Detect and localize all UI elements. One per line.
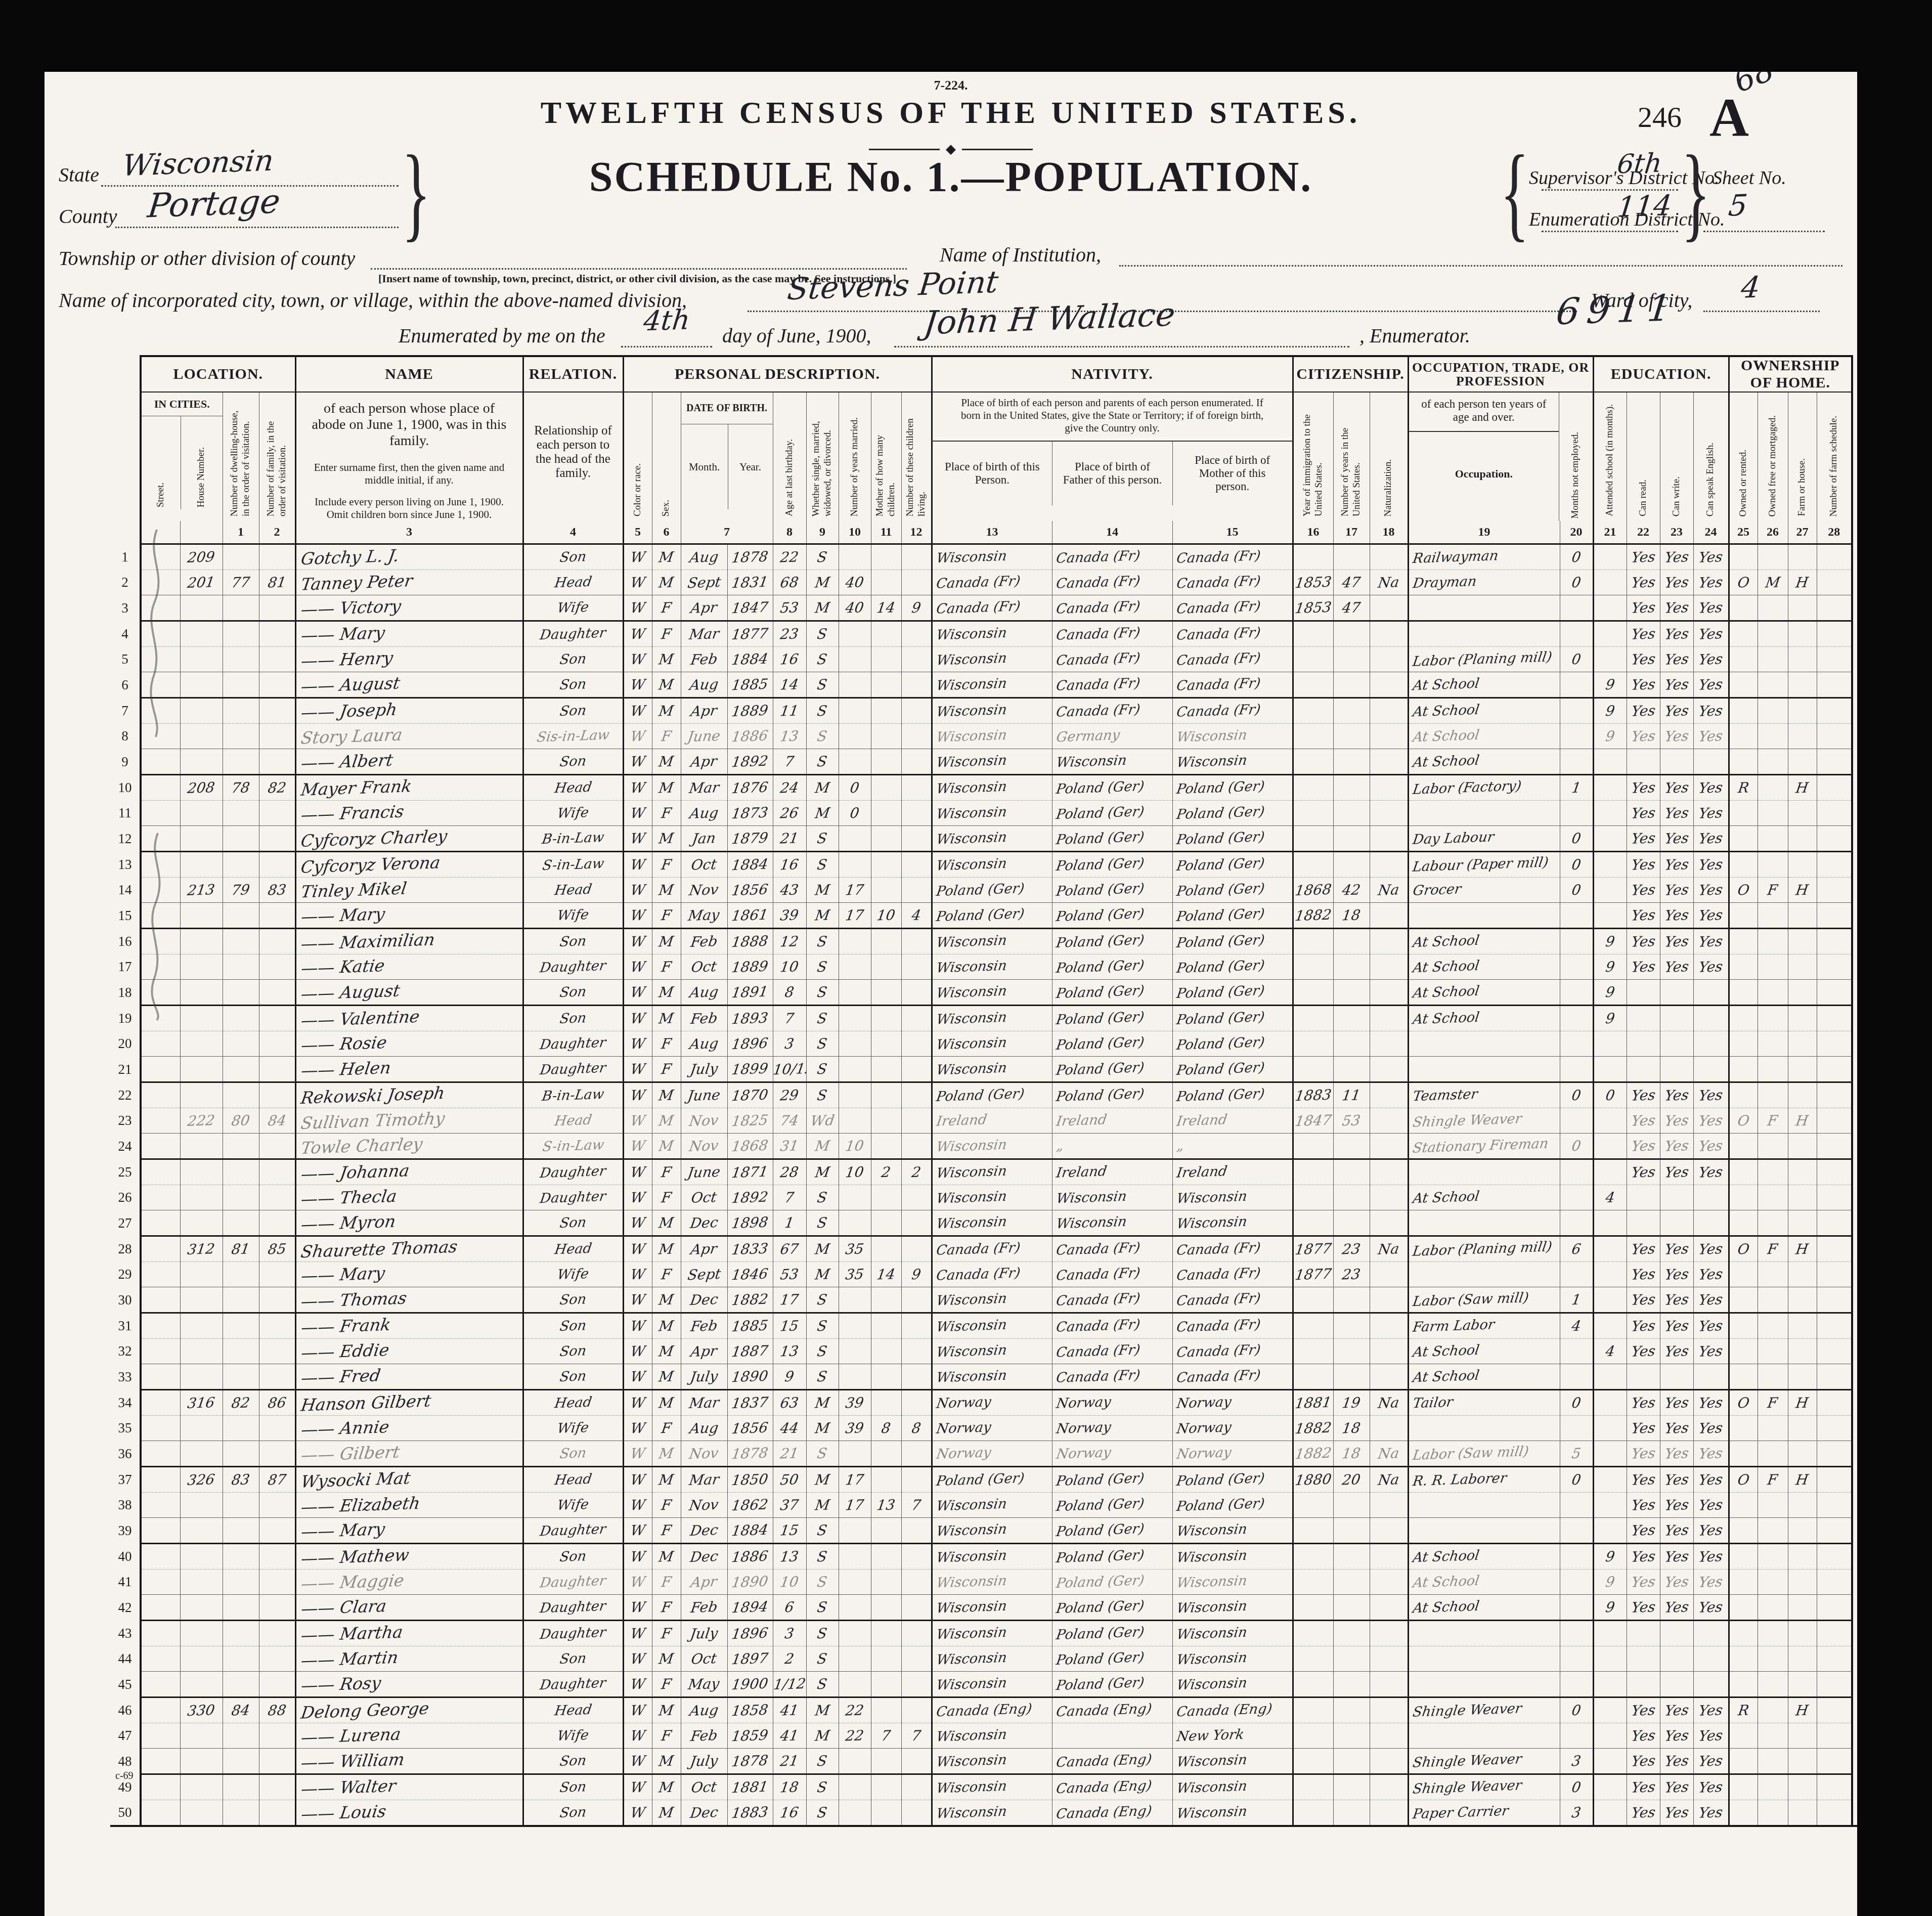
cell-wr: Yes (1660, 1595, 1693, 1621)
cell-pb: Poland (Ger) (932, 878, 1052, 903)
cell-mo: Dec (681, 1210, 727, 1236)
span-element: W (629, 1010, 646, 1027)
span-element: Yes (1698, 1727, 1724, 1745)
span-element: Number of years married. (849, 415, 861, 518)
cell-fam (259, 903, 295, 929)
cell-yus (1333, 1723, 1370, 1749)
cell-name: Story Laura (295, 724, 523, 749)
cell-name: —— Francis (295, 801, 523, 826)
span-element: Wisconsin (935, 958, 1008, 976)
td-element: 4 (523, 521, 623, 544)
cell-fam (259, 647, 295, 672)
sheet-line (1703, 231, 1825, 232)
span-element: 209 (187, 548, 216, 566)
span-element: 39 (845, 1419, 865, 1436)
row-number-right: 9 (1852, 749, 1857, 775)
ward-line (1703, 311, 1820, 312)
cell-pbf: Poland (Ger) (1052, 826, 1172, 852)
span-element: Daughter (539, 958, 607, 976)
cell-mch (871, 929, 901, 954)
cell-age: 68 (773, 570, 806, 595)
span-element: —— August (299, 673, 401, 696)
span-element: Yes (1630, 574, 1656, 591)
cell-ym (839, 1518, 871, 1544)
span-element: 1858 (731, 1702, 769, 1719)
cell-nat (1370, 1518, 1408, 1544)
cell-fh (1788, 1006, 1817, 1031)
cell-color: W (623, 1339, 652, 1364)
cell-ym: 10 (839, 1159, 871, 1185)
cell-street (141, 1493, 180, 1518)
row-number-right: 29 (1852, 1262, 1857, 1287)
cell-house (180, 1672, 223, 1697)
cell-ofm: M (1758, 570, 1788, 595)
cell-mch (871, 1646, 901, 1672)
cell-wr (1660, 1621, 1693, 1646)
cell-fs (1817, 595, 1852, 621)
cell-ym (839, 749, 871, 775)
footer-mark: c-69 (115, 1770, 134, 1782)
cell-ym (839, 698, 871, 724)
cell-yr: 1900 (727, 1672, 773, 1697)
span-element: Wife (556, 1727, 590, 1744)
cell-ofm (1758, 1595, 1788, 1621)
cell-rel: Head (523, 1697, 623, 1723)
span-element: M (658, 1214, 675, 1232)
sex-col-label: Sex. (652, 392, 681, 521)
column-number-row: 1234 56789101112 131415 161718 1920 2122… (110, 521, 1857, 544)
row-number-left: 33 (110, 1364, 141, 1390)
family-col-label: Number of family, in the order of visita… (259, 392, 295, 521)
cell-occ: At School (1408, 1570, 1560, 1595)
cell-mo: July (681, 1621, 727, 1646)
span-element: S (816, 1318, 828, 1335)
cell-ofm (1758, 775, 1788, 801)
cell-yr: 1858 (727, 1697, 773, 1723)
cell-fh: H (1788, 1467, 1817, 1493)
span-element: Mar (688, 625, 720, 643)
cell-color: W (623, 621, 652, 647)
cell-pbm: Canada (Fr) (1172, 672, 1293, 698)
span-element: W (629, 626, 646, 643)
cell-clv (901, 929, 932, 954)
cell-wr (1660, 749, 1693, 775)
span-element: Yes (1663, 1752, 1690, 1770)
cell-rel: Daughter (523, 1518, 623, 1544)
cell-pbf: Poland (Ger) (1052, 954, 1172, 980)
cell-pb: Wisconsin (932, 1774, 1052, 1800)
cell-own (1729, 1262, 1758, 1287)
span-element: 1859 (731, 1727, 769, 1745)
row-number-left: 32 (110, 1339, 141, 1364)
span-element: 86 (267, 1394, 287, 1411)
span-element: Na (1377, 881, 1400, 898)
span-element: S (816, 1548, 828, 1565)
span-element: 39 (779, 906, 800, 924)
cell-sch: 9 (1593, 698, 1627, 724)
cell-nat (1370, 954, 1408, 980)
cell-yus: 11 (1333, 1082, 1370, 1108)
span-element: F (660, 599, 672, 617)
cell-fs (1817, 1262, 1852, 1287)
span-element: Wisconsin (935, 1521, 1008, 1540)
township-line (371, 268, 907, 270)
row-number-right: 36 (1852, 1441, 1857, 1467)
span-element: Yes (1698, 1240, 1724, 1258)
cell-fam (259, 1134, 295, 1159)
span-element: Poland (Ger) (1175, 906, 1265, 925)
span-element: 53 (1341, 1112, 1362, 1129)
cell-pbf: Canada (Fr) (1052, 1287, 1172, 1313)
span-element: 88 (267, 1702, 287, 1719)
span-element: Yes (1663, 1240, 1690, 1258)
cell-age: 16 (773, 647, 806, 672)
cell-yus (1333, 1697, 1370, 1723)
cell-color: W (623, 1697, 652, 1723)
span-element: 208 (187, 779, 216, 797)
cell-sex: M (652, 1313, 681, 1339)
cell-house (180, 1134, 223, 1159)
cell-yr: 1884 (727, 647, 773, 672)
person-row: 12Cyfcoryz CharleyB-in-LawWMJan187921SWi… (110, 826, 1857, 852)
cell-mar: S (806, 749, 839, 775)
cell-ofm (1758, 1364, 1788, 1390)
td-element: 10 (839, 521, 871, 544)
cell-street (141, 801, 180, 826)
cell-house (180, 1364, 223, 1390)
cell-clv (901, 1672, 932, 1697)
cell-wr: Yes (1660, 775, 1693, 801)
cell-pbm: Canada (Fr) (1172, 1339, 1293, 1364)
cell-name: Towle Charley (295, 1134, 523, 1159)
cell-sex: F (652, 1723, 681, 1749)
cell-wr: Yes (1660, 1723, 1693, 1749)
span-element: 13 (779, 1342, 800, 1360)
cell-fs (1817, 1287, 1852, 1313)
cell-house (180, 1031, 223, 1057)
span-element: 78 (231, 779, 251, 796)
cell-mch (871, 1185, 901, 1210)
cell-age: 17 (773, 1287, 806, 1313)
cell-pbm: Poland (Ger) (1172, 1082, 1293, 1108)
cell-sch (1593, 1723, 1627, 1749)
span-element: Son (559, 1804, 588, 1821)
span-element: Wisconsin (935, 1035, 1008, 1053)
cell-yus (1333, 724, 1370, 749)
cell-fh (1788, 749, 1817, 775)
cell-sch: 9 (1593, 1595, 1627, 1621)
span-element: 83 (267, 881, 287, 898)
span-element: Wisconsin (935, 779, 1008, 797)
cell-mar: M (806, 1236, 839, 1262)
cell-pbm: Canada (Fr) (1172, 1262, 1293, 1287)
span-element: M (658, 651, 675, 668)
cell-sch (1593, 1800, 1627, 1826)
cell-pbf: Poland (Ger) (1052, 775, 1172, 801)
span-element: —— Johanna (299, 1160, 410, 1184)
row-number-right: 2 (1852, 570, 1857, 595)
cell-wr: Yes (1660, 698, 1693, 724)
cell-street (141, 1800, 180, 1826)
cell-yus (1333, 1134, 1370, 1159)
span-element: Yes (1663, 1112, 1690, 1129)
cell-dw (223, 1646, 259, 1672)
cell-own (1729, 826, 1758, 852)
cell-occ: Labor (Saw mill) (1408, 1287, 1560, 1313)
span-element: Shingle Weaver (1412, 1751, 1523, 1770)
cell-name: —— Fred (295, 1364, 523, 1390)
cell-yr: 1831 (727, 570, 773, 595)
cell-fs (1817, 1441, 1852, 1467)
span-element: F (1767, 1395, 1779, 1412)
cell-mne: 1 (1560, 1287, 1593, 1313)
cell-house (180, 826, 223, 852)
span-element: S (816, 1599, 828, 1616)
cell-clv (901, 672, 932, 698)
cell-clv (901, 749, 932, 775)
cell-wr: Yes (1660, 1416, 1693, 1441)
cell-mne: 0 (1560, 647, 1593, 672)
cell-yr: 1887 (727, 1339, 773, 1364)
cell-name: Delong George (295, 1697, 523, 1723)
span-element: 1850 (731, 1471, 769, 1489)
span-element: Daughter (539, 625, 607, 643)
span-element: S (816, 703, 828, 720)
span-element: New York (1175, 1727, 1245, 1745)
row-number-gutter-right (1852, 356, 1857, 544)
span-element: S (816, 753, 828, 770)
span-element: Norway (935, 1445, 992, 1462)
cell-ofm (1758, 1697, 1788, 1723)
cell-yus: 23 (1333, 1236, 1370, 1262)
cell-house (180, 621, 223, 647)
cell-street (141, 1595, 180, 1621)
cell-rel: Son (523, 647, 623, 672)
row-number-left: 15 (110, 903, 141, 929)
row-number-left: 4 (110, 621, 141, 647)
span-element: 1886 (731, 727, 769, 745)
span-element: 7 (910, 1497, 922, 1514)
cell-yus (1333, 801, 1370, 826)
row-number-right: 23 (1852, 1108, 1857, 1134)
group-citizenship: CITIZENSHIP. (1293, 356, 1408, 392)
span-element: 79 (231, 881, 251, 898)
cell-age: 24 (773, 775, 806, 801)
cell-fh (1788, 826, 1817, 852)
cell-name: —— Lurena (295, 1723, 523, 1749)
span-element: Son (559, 703, 588, 719)
cell-mar: S (806, 929, 839, 954)
cell-fh (1788, 1493, 1817, 1518)
cell-mar: S (806, 1570, 839, 1595)
span-element: Wisconsin (935, 1650, 1008, 1668)
cell-fh (1788, 1621, 1817, 1646)
cell-pb: Wisconsin (932, 1570, 1052, 1595)
cell-pbm: Ireland (1172, 1108, 1293, 1134)
span-element: Yes (1630, 1471, 1656, 1489)
cell-pbf: Germany (1052, 724, 1172, 749)
cell-occ: Teamster (1408, 1082, 1560, 1108)
span-element: Wisconsin (1175, 1804, 1248, 1822)
cell-en (1693, 1210, 1729, 1236)
span-element: 84 (231, 1702, 251, 1719)
cell-mch (871, 1595, 901, 1621)
cell-fam (259, 1082, 295, 1108)
cell-dw: 83 (223, 1467, 259, 1493)
cell-yus (1333, 929, 1370, 954)
cell-own (1729, 1287, 1758, 1313)
cell-en: Yes (1693, 1159, 1729, 1185)
cell-wr (1660, 1031, 1693, 1057)
cell-fs (1817, 544, 1852, 570)
cell-sex: M (652, 544, 681, 570)
cell-street (141, 1082, 180, 1108)
cell-im (1293, 1595, 1333, 1621)
cell-age: 1/12 (773, 1672, 806, 1697)
cell-age: 9 (773, 1364, 806, 1390)
person-row: 24Towle CharleyS-in-LawWMNov186831M10Wis… (110, 1134, 1857, 1159)
row-number-left: 2 (110, 570, 141, 595)
row-number-right: 18 (1852, 980, 1857, 1006)
enumeration-value: 114 (1615, 189, 1673, 224)
cell-own (1729, 724, 1758, 749)
span-element: 1900 (731, 1675, 769, 1693)
cell-rel: Son (523, 544, 623, 570)
cell-ofm (1758, 1134, 1788, 1159)
cell-pb: Wisconsin (932, 1723, 1052, 1749)
span-element: 6 (784, 1599, 796, 1616)
span-element: Son (559, 1368, 588, 1385)
span-element: 14 (876, 599, 897, 616)
cell-occ (1408, 1518, 1560, 1544)
span-element: Yes (1630, 1291, 1656, 1309)
cell-im (1293, 749, 1333, 775)
span-element: H (1795, 574, 1810, 591)
span-element: Yes (1663, 830, 1690, 847)
cell-ym (839, 1441, 871, 1467)
person-row: 45—— RosyDaughterWFMay19001/12SWisconsin… (110, 1672, 1857, 1697)
occupation-col-label: Occupation. (1409, 432, 1559, 481)
row-number-right: 24 (1852, 1134, 1857, 1159)
row-number-right: 5 (1852, 647, 1857, 672)
cell-pbf: Canada (Fr) (1052, 595, 1172, 621)
span-element: F (660, 1497, 672, 1514)
cell-pbm: New York (1172, 1723, 1293, 1749)
row-number-left: 22 (110, 1082, 141, 1108)
cell-name: —— Annie (295, 1416, 523, 1441)
farm-schedule-label: Number of farm schedule. (1817, 392, 1852, 521)
cell-sex: M (652, 1697, 681, 1723)
cell-age: 31 (773, 1134, 806, 1159)
cell-age: 7 (773, 1185, 806, 1210)
row-number-left: 26 (110, 1185, 141, 1210)
span-element: 7 (881, 1727, 892, 1745)
cell-own (1729, 1441, 1758, 1467)
span-element: H (1795, 1112, 1810, 1129)
cell-fh (1788, 1134, 1817, 1159)
cell-fh (1788, 852, 1817, 878)
form-number: 7-224. (45, 78, 1857, 93)
span-element: Tinley Mikel (299, 878, 408, 901)
span-element: O (1736, 882, 1750, 899)
cell-mch (871, 1134, 901, 1159)
span-element: Poland (Ger) (1055, 881, 1145, 899)
span-element: 9 (1604, 984, 1616, 1001)
cell-pbm: Canada (Fr) (1172, 647, 1293, 672)
row-number-right: 33 (1852, 1364, 1857, 1390)
span-element: Canada (Fr) (1055, 675, 1141, 694)
span-element: 83 (231, 1471, 251, 1488)
attended-school-label: Attended school (in months). (1593, 392, 1627, 521)
span-element: Canada (Fr) (1175, 650, 1261, 669)
cell-name: —— Valentine (295, 1006, 523, 1031)
span-element: 8 (910, 1420, 922, 1437)
row-number-right: 46 (1852, 1697, 1857, 1723)
cell-sex: M (652, 775, 681, 801)
occupation-block: of each person ten years of age and over… (1408, 392, 1593, 521)
span-element: Aug (688, 983, 719, 1001)
cell-ofm (1758, 1159, 1788, 1185)
cell-mo: Dec (681, 1518, 727, 1544)
cell-im (1293, 980, 1333, 1006)
span-element: Yes (1663, 1445, 1690, 1462)
cell-rd: Yes (1627, 954, 1660, 980)
span-element: 1/12 (773, 1675, 806, 1693)
cell-rd: Yes (1627, 1493, 1660, 1518)
span-element: Yes (1698, 881, 1724, 899)
row-number-right: 16 (1852, 929, 1857, 954)
cell-pbf: Poland (Ger) (1052, 1544, 1172, 1570)
span-element: Canada (Eng) (1175, 1701, 1273, 1720)
td-element: 15 (1172, 521, 1293, 544)
cell-color: W (623, 1441, 652, 1467)
cell-wr: Yes (1660, 1108, 1693, 1134)
cell-sex: M (652, 826, 681, 852)
cell-nat (1370, 1570, 1408, 1595)
cell-pbm: Poland (Ger) (1172, 826, 1293, 852)
cell-im (1293, 801, 1333, 826)
cell-pbm: Canada (Fr) (1172, 595, 1293, 621)
span-element: 23 (1341, 1266, 1362, 1283)
span-element: Yes (1698, 1598, 1724, 1616)
cell-color: W (623, 1416, 652, 1441)
cell-dw (223, 1210, 259, 1236)
span-element: W (629, 1112, 646, 1129)
cell-ym: 35 (839, 1236, 871, 1262)
cell-fh: H (1788, 1108, 1817, 1134)
span-element: F (1767, 1471, 1779, 1489)
span-element: 1891 (731, 983, 769, 1001)
header-detail-row: IN CITIES. Street. House Number. Number … (110, 392, 1857, 521)
span-element: 81 (231, 1240, 251, 1257)
span-element: —— Martin (299, 1647, 399, 1671)
cell-pbm: Norway (1172, 1390, 1293, 1416)
cell-street (141, 1774, 180, 1800)
cell-fh (1788, 1570, 1817, 1595)
cell-pbf: Poland (Ger) (1052, 878, 1172, 903)
span-element: Yes (1663, 1471, 1690, 1489)
span-element: Apr (690, 1240, 718, 1258)
cell-occ: Labor (Planing mill) (1408, 1236, 1560, 1262)
td-element: 12 (901, 521, 932, 544)
span-element: O (1736, 1112, 1750, 1129)
div-element: Relationship of each person to the head … (524, 393, 623, 481)
census-title: TWELFTH CENSUS OF THE UNITED STATES. (45, 95, 1857, 131)
cell-ym (839, 826, 871, 852)
cell-mne: 0 (1560, 1774, 1593, 1800)
cell-mch (871, 1082, 901, 1108)
span-element: Norway (1055, 1419, 1112, 1437)
